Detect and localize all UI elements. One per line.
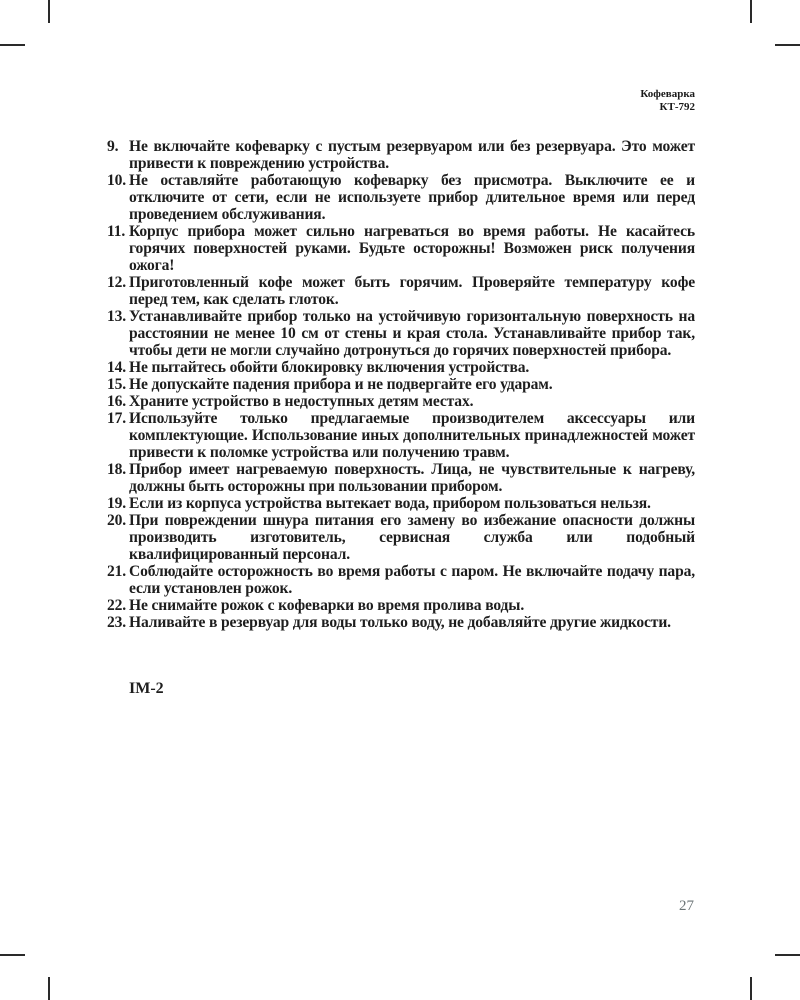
item-number: 21. [107,563,129,597]
item-text: Не допускайте падения прибора и не подве… [129,376,695,393]
instruction-item: 17.Используйте только предлагаемые произ… [107,410,695,461]
item-text: Приготовленный кофе может быть горячим. … [129,274,695,308]
item-number: 19. [107,495,129,512]
instruction-item: 20.При повреждении шнура питания его зам… [107,512,695,563]
item-text: Соблюдайте осторожность во время работы … [129,563,695,597]
item-number: 15. [107,376,129,393]
product-title: Кофеварка [640,88,695,101]
item-number: 14. [107,359,129,376]
item-text: При повреждении шнура питания его замену… [129,512,695,563]
instruction-item: 23.Наливайте в резервуар для воды только… [107,614,695,631]
item-number: 18. [107,461,129,495]
item-text: Не снимайте рожок с кофеварки во время п… [129,597,695,614]
instruction-item: 12.Приготовленный кофе может быть горячи… [107,274,695,308]
crop-mark-top-right-horizontal [775,44,800,46]
item-text: Не пытайтесь обойти блокировку включения… [129,359,695,376]
item-number: 12. [107,274,129,308]
crop-mark-bottom-left-vertical [48,977,50,1000]
item-number: 10. [107,172,129,223]
instruction-item: 22.Не снимайте рожок с кофеварки во врем… [107,597,695,614]
instruction-item: 14.Не пытайтесь обойти блокировку включе… [107,359,695,376]
instruction-item: 18.Прибор имеет нагреваемую поверхность.… [107,461,695,495]
item-number: 11. [107,223,129,274]
instruction-item: 9.Не включайте кофеварку с пустым резерв… [107,138,695,172]
item-number: 22. [107,597,129,614]
crop-mark-top-right-vertical [750,0,752,23]
running-header: Кофеварка КТ-792 [640,88,695,114]
item-number: 17. [107,410,129,461]
instruction-item: 13.Устанавливайте прибор только на устой… [107,308,695,359]
instruction-item: 10.Не оставляйте работающую кофеварку бе… [107,172,695,223]
item-number: 9. [107,138,129,172]
item-number: 13. [107,308,129,359]
item-text: Наливайте в резервуар для воды только во… [129,614,695,631]
instruction-item: 16.Храните устройство в недоступных детя… [107,393,695,410]
crop-mark-top-left-vertical [48,0,50,23]
item-text: Используйте только предлагаемые производ… [129,410,695,461]
item-text: Не оставляйте работающую кофеварку без п… [129,172,695,223]
product-model: КТ-792 [640,101,695,114]
item-text: Не включайте кофеварку с пустым резервуа… [129,138,695,172]
instruction-item: 21.Соблюдайте осторожность во время рабо… [107,563,695,597]
document-code: IM-2 [129,680,164,698]
item-number: 20. [107,512,129,563]
page-number: 27 [679,898,694,915]
crop-mark-bottom-left-horizontal [0,954,25,956]
crop-mark-top-left-horizontal [0,44,25,46]
safety-instructions-list: 9.Не включайте кофеварку с пустым резерв… [107,138,695,631]
instruction-item: 19.Если из корпуса устройства вытекает в… [107,495,695,512]
item-text: Если из корпуса устройства вытекает вода… [129,495,695,512]
instruction-item: 11.Корпус прибора может сильно нагревать… [107,223,695,274]
item-text: Храните устройство в недоступных детям м… [129,393,695,410]
item-number: 16. [107,393,129,410]
item-text: Устанавливайте прибор только на устойчив… [129,308,695,359]
item-number: 23. [107,614,129,631]
crop-mark-bottom-right-vertical [750,977,752,1000]
item-text: Корпус прибора может сильно нагреваться … [129,223,695,274]
crop-mark-bottom-right-horizontal [775,954,800,956]
item-text: Прибор имеет нагреваемую поверхность. Ли… [129,461,695,495]
instruction-item: 15.Не допускайте падения прибора и не по… [107,376,695,393]
